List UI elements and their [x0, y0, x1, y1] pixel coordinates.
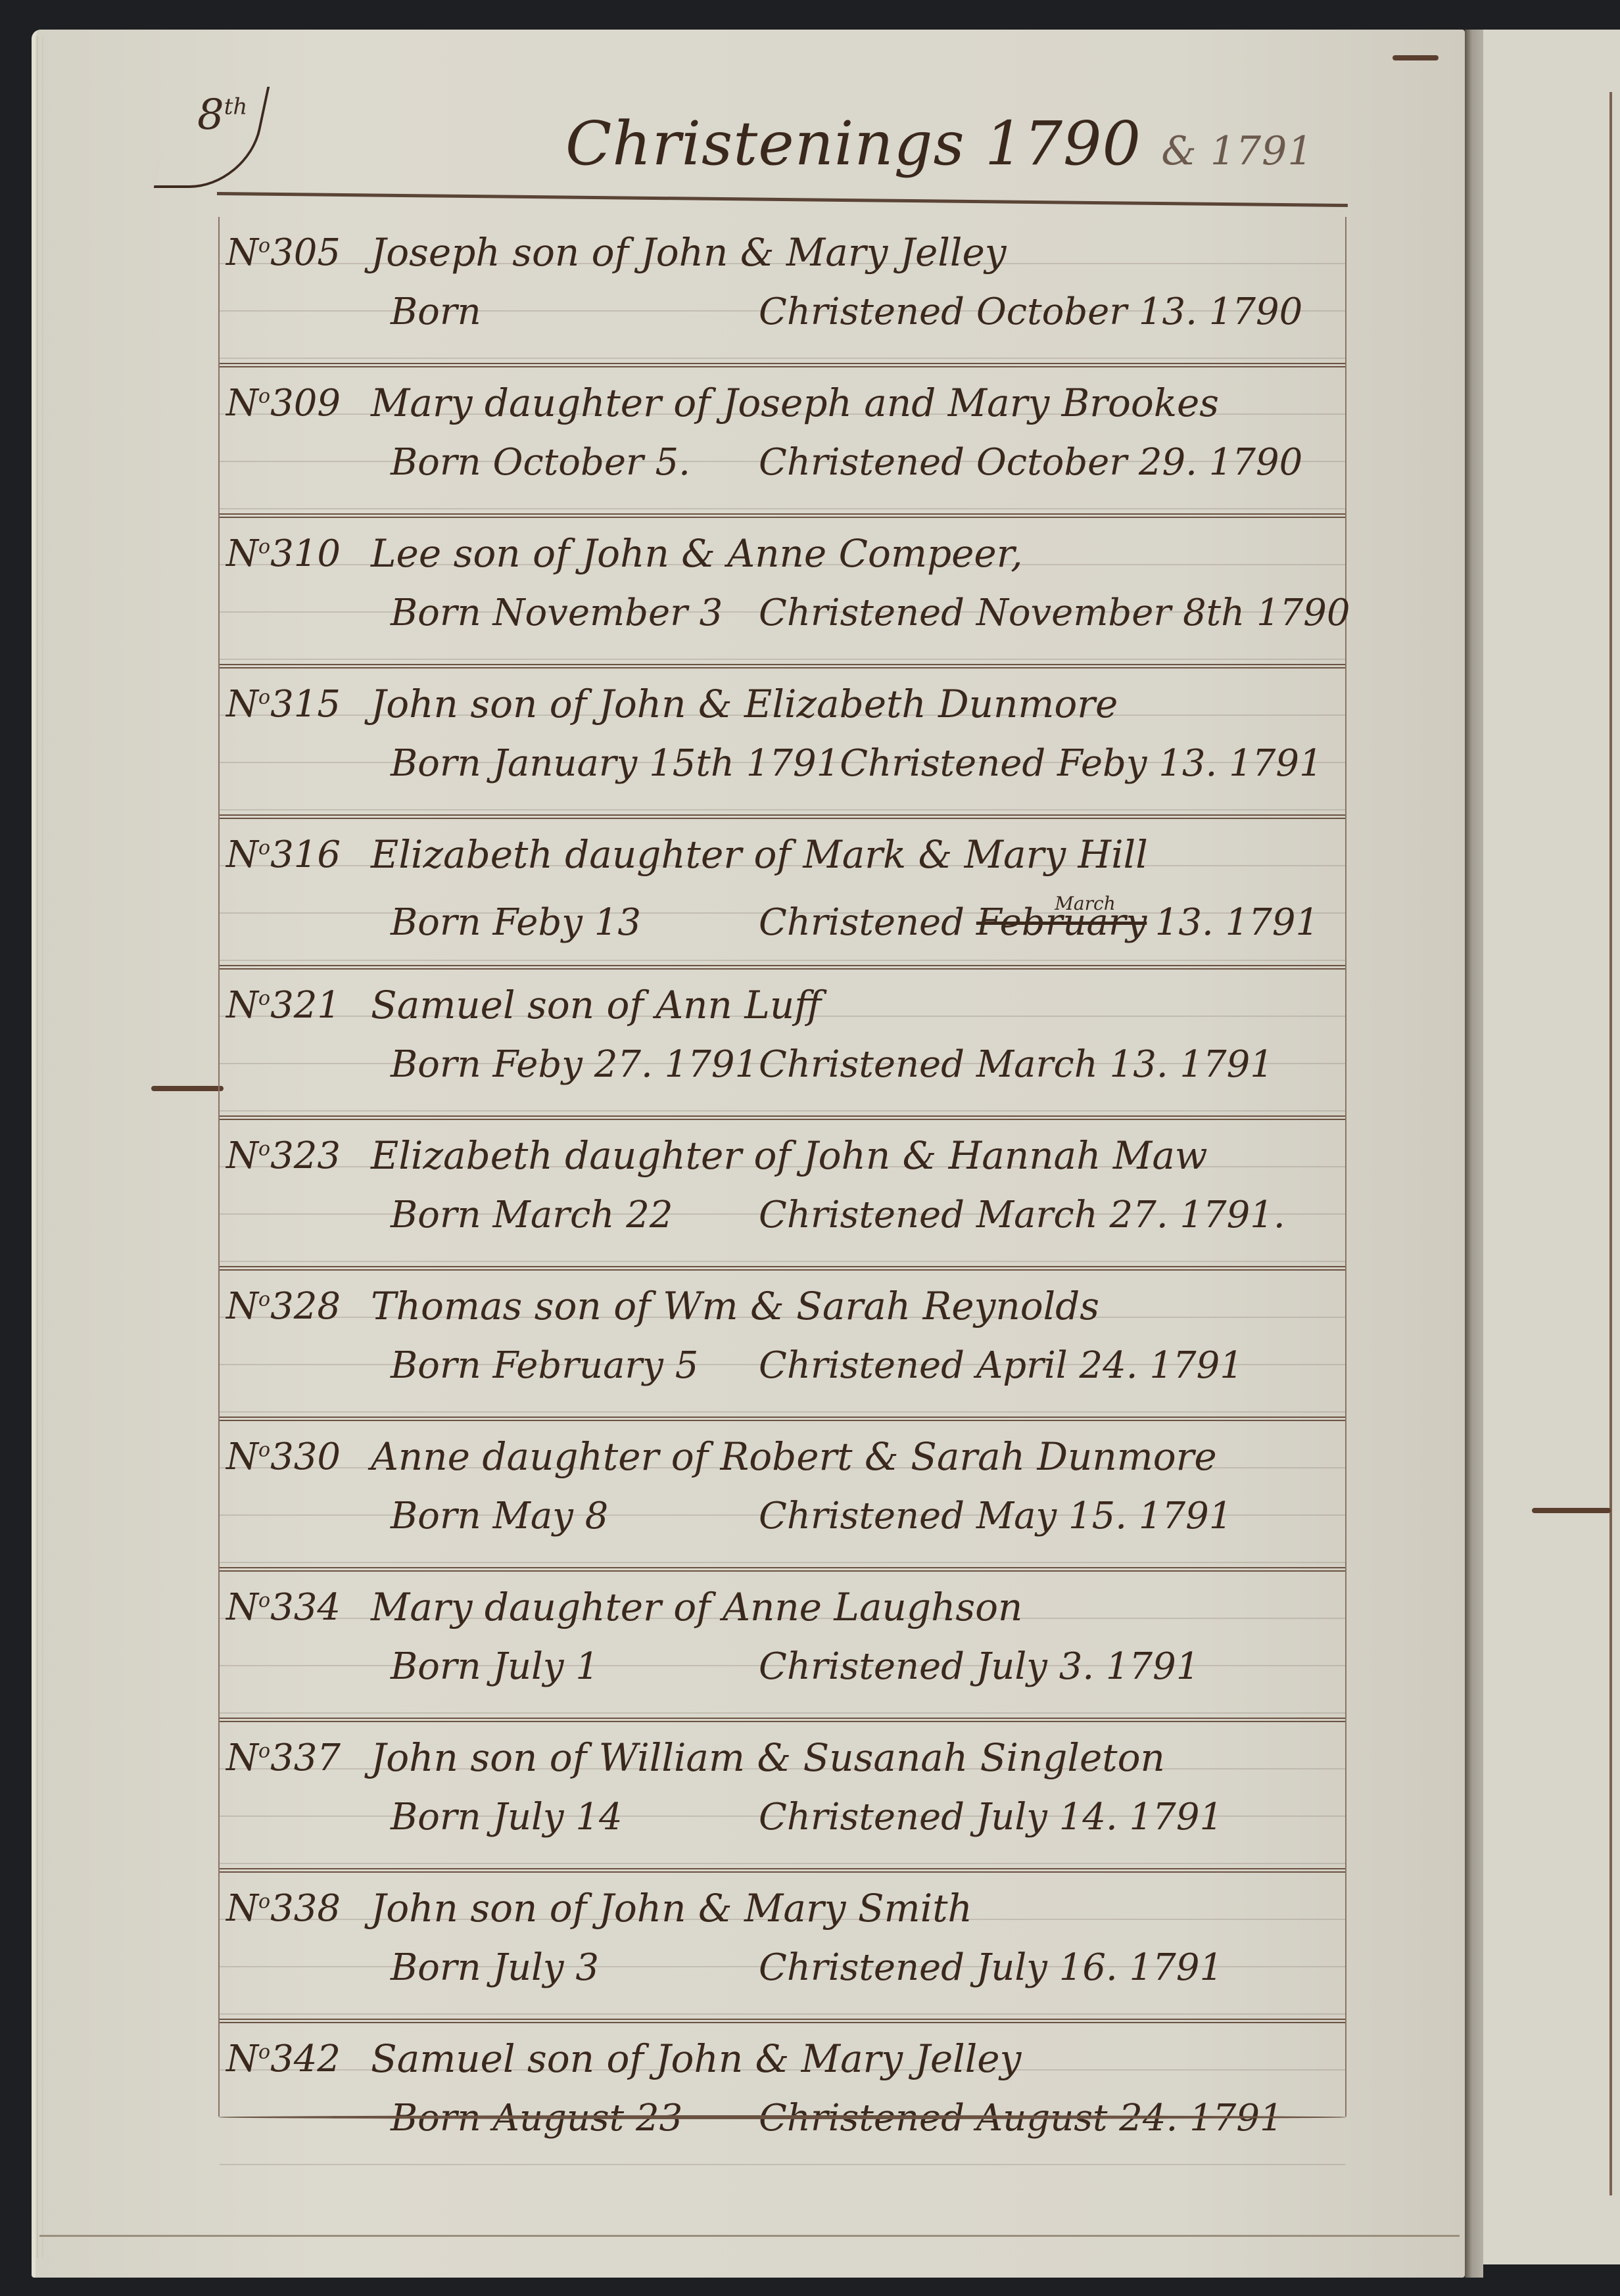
page-title: Christenings 1790 & 1791 — [565, 108, 1314, 179]
born-date: Born May 8 — [391, 1495, 759, 1537]
register-entry: No334 Mary daughter of Anne Laughson Bor… — [220, 1572, 1345, 1722]
register-entry: No342 Samuel son of John & Mary Jelley B… — [220, 2023, 1345, 2169]
page-edge — [37, 36, 43, 2258]
entry-number: No305 — [226, 231, 341, 274]
child-name: Samuel — [371, 983, 515, 1027]
entry-number: No342 — [226, 2038, 341, 2080]
relation: son of — [535, 1284, 651, 1328]
christened-date: Christened March 27. 1791. — [759, 1194, 1285, 1236]
entry-number: No321 — [226, 984, 341, 1027]
parents: William & Susanah Singleton — [599, 1735, 1165, 1780]
entry-number: No310 — [226, 532, 341, 575]
parents: Wm & Sarah Reynolds — [663, 1284, 1099, 1328]
entry-dates: Born July 1Christened July 3. 1791 — [391, 1645, 1199, 1688]
entry-dates: Born October 5.Christened October 29. 17… — [391, 441, 1302, 484]
born-date: Born Feby 27. 1791 — [391, 1043, 759, 1086]
child-name: Joseph — [371, 230, 500, 275]
born-date: Born July 1 — [391, 1645, 759, 1688]
entry-number: No337 — [226, 1737, 341, 1779]
relation: daughter of — [485, 381, 711, 425]
entry-names: Elizabeth daughter of Mark & Mary Hill — [371, 832, 1148, 877]
parents: John & Mary Jelley — [655, 2036, 1021, 2081]
register-entry: No338 John son of John & Mary Smith Born… — [220, 1873, 1345, 2023]
entry-dates: BornChristened October 13. 1790 — [391, 291, 1302, 333]
parents: John & Anne Compeer, — [582, 531, 1023, 576]
entry-number: No315 — [226, 683, 341, 726]
christened-date: Christened Feby 13. 1791 — [840, 742, 1322, 785]
child-name: John — [371, 1735, 458, 1780]
page-bottom-edge — [39, 2235, 1460, 2237]
book-gutter — [1465, 30, 1483, 2278]
parents: Ann Luff — [655, 983, 821, 1027]
ink-stain — [151, 1086, 224, 1091]
entry-number: No309 — [226, 382, 341, 425]
born-date: Born — [391, 291, 759, 333]
entry-dates: Born May 8Christened May 15. 1791 — [391, 1495, 1232, 1537]
entry-names: Thomas son of Wm & Sarah Reynolds — [371, 1284, 1099, 1328]
relation: son of — [512, 230, 629, 275]
register-entry: No328 Thomas son of Wm & Sarah Reynolds … — [220, 1271, 1345, 1421]
register-entry: No330 Anne daughter of Robert & Sarah Du… — [220, 1421, 1345, 1572]
christened-suffix: 13. 1791 — [1155, 901, 1319, 944]
ink-mark — [1393, 55, 1439, 60]
child-name: Elizabeth — [371, 1133, 553, 1178]
christened-date: Christened July 3. 1791 — [759, 1645, 1199, 1688]
entry-names: Joseph son of John & Mary Jelley — [371, 230, 1007, 275]
parents: Anne Laughson — [723, 1585, 1022, 1629]
relation: son of — [454, 531, 570, 576]
register-entry: No310 Lee son of John & Anne Compeer, Bo… — [220, 518, 1345, 668]
folio-number: 8th — [197, 91, 247, 139]
title-text: Christenings 1790 — [565, 108, 1141, 179]
folio-suffix: th — [224, 94, 248, 120]
entry-dates: Born Feby 27. 1791Christened March 13. 1… — [391, 1043, 1274, 1086]
entry-names: John son of William & Susanah Singleton — [371, 1735, 1165, 1780]
christened-date: Christened April 24. 1791 — [759, 1344, 1243, 1387]
entry-dates: Born January 15th 1791Christened Feby 13… — [391, 742, 1323, 785]
entry-names: Samuel son of John & Mary Jelley — [371, 2036, 1021, 2081]
parents: John & Elizabeth Dunmore — [599, 682, 1118, 726]
register-entry: No323 Elizabeth daughter of John & Hanna… — [220, 1120, 1345, 1271]
register-entry: No316 Elizabeth daughter of Mark & Mary … — [220, 819, 1345, 970]
born-date: Born Feby 13 — [391, 901, 759, 944]
entry-names: Lee son of John & Anne Compeer, — [371, 531, 1023, 576]
relation: daughter of — [485, 1585, 711, 1629]
child-name: Thomas — [371, 1284, 522, 1328]
entry-dates: Born July 14Christened July 14. 1791 — [391, 1796, 1223, 1839]
child-name: Lee — [371, 531, 441, 576]
child-name: Anne — [371, 1434, 470, 1479]
relation: son of — [527, 983, 644, 1027]
parents: John & Mary Jelley — [641, 230, 1007, 275]
entry-number: No338 — [226, 1887, 341, 1930]
christened-prefix: Christened — [759, 901, 965, 944]
entry-number: No334 — [226, 1586, 341, 1629]
register-entry: No309 Mary daughter of Joseph and Mary B… — [220, 367, 1345, 518]
entry-names: Elizabeth daughter of John & Hannah Maw — [371, 1133, 1208, 1178]
parents: Joseph and Mary Brookes — [723, 381, 1219, 425]
entry-dates: Born November 3Christened November 8th 1… — [391, 592, 1350, 634]
ink-stain — [1532, 1508, 1611, 1513]
child-name: John — [371, 682, 458, 726]
christened-date: Christened July 16. 1791 — [759, 1946, 1223, 1989]
relation: son of — [470, 682, 586, 726]
child-name: Mary — [371, 381, 472, 425]
born-date: Born November 3 — [391, 592, 759, 634]
born-date: Born July 14 — [391, 1796, 759, 1839]
folio-value: 8 — [197, 91, 224, 139]
entry-number: No323 — [226, 1135, 341, 1177]
christened-date: Christened July 14. 1791 — [759, 1796, 1223, 1839]
entry-dates: Born February 5Christened April 24. 1791 — [391, 1344, 1243, 1387]
born-date: Born January 15th 1791 — [391, 742, 840, 785]
register-entry: No305 Joseph son of John & Mary Jelley B… — [220, 217, 1345, 367]
parents: Mark & Mary Hill — [803, 832, 1147, 877]
born-date: Born March 22 — [391, 1194, 759, 1236]
facing-page-margin-rule — [1609, 92, 1612, 2195]
entry-names: Samuel son of Ann Luff — [371, 983, 821, 1027]
entry-names: John son of John & Elizabeth Dunmore — [371, 682, 1118, 726]
christened-date: Christened March 13. 1791 — [759, 1043, 1274, 1086]
christened-date: Christened November 8th 1790 — [759, 592, 1350, 634]
christened-date: Christened October 13. 1790 — [759, 291, 1302, 333]
parents: John & Hannah Maw — [803, 1133, 1207, 1178]
relation: daughter of — [565, 1133, 791, 1178]
entry-number: No330 — [226, 1436, 341, 1478]
facing-page — [1483, 30, 1620, 2264]
born-date: Born July 3 — [391, 1946, 759, 1989]
register-entry: No321 Samuel son of Ann Luff Born Feby 2… — [220, 970, 1345, 1120]
entry-names: Mary daughter of Joseph and Mary Brookes — [371, 381, 1219, 425]
entry-number: No316 — [226, 833, 341, 876]
relation: son of — [470, 1886, 586, 1931]
christened-date: Christened May 15. 1791 — [759, 1495, 1232, 1537]
entry-dates: Born Feby 13Christened FebruaryMarch13. … — [391, 893, 1319, 944]
relation: son of — [527, 2036, 644, 2081]
parents: Robert & Sarah Dunmore — [721, 1434, 1217, 1479]
relation: daughter of — [482, 1434, 708, 1479]
christening-register: No305 Joseph son of John & Mary Jelley B… — [218, 217, 1346, 2117]
title-addition: & 1791 — [1161, 128, 1313, 174]
entry-dates: Born July 3Christened July 16. 1791 — [391, 1946, 1223, 1989]
child-name: Elizabeth — [371, 832, 553, 877]
entry-names: Anne daughter of Robert & Sarah Dunmore — [371, 1434, 1217, 1479]
entry-names: John son of John & Mary Smith — [371, 1886, 972, 1931]
child-name: Mary — [371, 1585, 472, 1629]
register-entry: No337 John son of William & Susanah Sing… — [220, 1722, 1345, 1873]
entry-dates: Born March 22Christened March 27. 1791. — [391, 1194, 1285, 1236]
born-date: Born October 5. — [391, 441, 759, 484]
relation: daughter of — [565, 832, 791, 877]
parents: John & Mary Smith — [599, 1886, 972, 1931]
child-name: John — [371, 1886, 458, 1931]
entry-number: No328 — [226, 1285, 341, 1328]
inserted-month: March — [1055, 893, 1115, 914]
child-name: Samuel — [371, 2036, 515, 2081]
closing-rule — [218, 2115, 1346, 2119]
relation: son of — [470, 1735, 586, 1780]
register-entry: No315 John son of John & Elizabeth Dunmo… — [220, 668, 1345, 819]
christened-date: Christened October 29. 1790 — [759, 441, 1302, 484]
entry-names: Mary daughter of Anne Laughson — [371, 1585, 1022, 1629]
born-date: Born February 5 — [391, 1344, 759, 1387]
